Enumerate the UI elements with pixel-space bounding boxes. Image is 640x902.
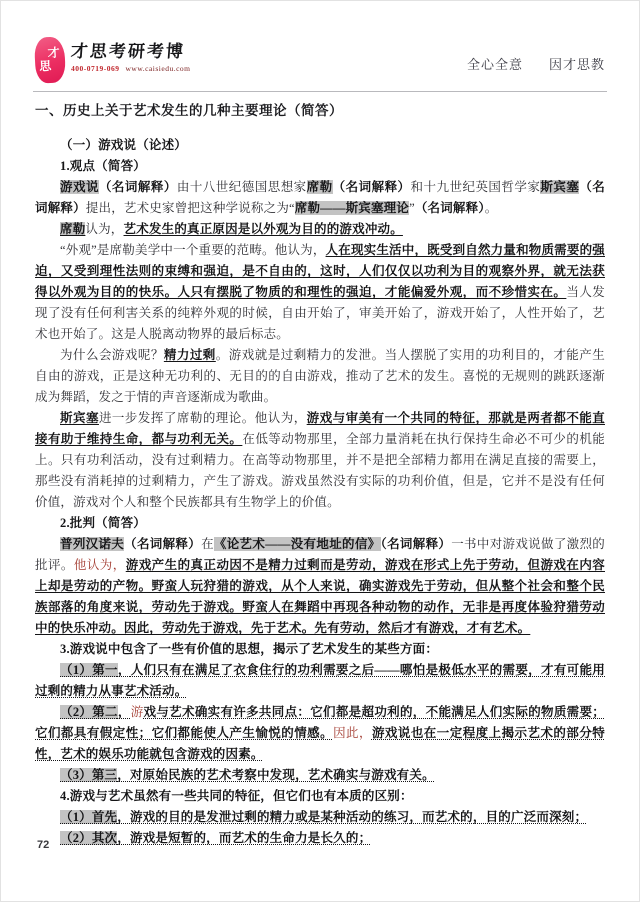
text-run: 艺术发生的真正原因是以外观为目的的游戏冲动。: [124, 222, 403, 236]
text-run: 认为，: [85, 222, 123, 236]
text-run: 为什么会游戏呢？: [60, 348, 164, 362]
text-run: 席勒——斯宾塞理论: [295, 201, 409, 215]
text-run: 游戏的目的是发泄过剩的精力或是某种活动的练习，而艺术的，目的广泛而深刻；: [130, 810, 587, 824]
text-run: 和十九世纪英国哲学家: [411, 180, 541, 194]
text-run: （名词解释）: [333, 180, 411, 194]
paragraph: 普列汉诺夫（名词解释）在《论艺术——没有地址的信》（名词解释）一书中对游戏说做了…: [35, 534, 605, 639]
header-divider: [33, 91, 607, 92]
brand-logo: 才 思 才思考研考博 400-0719-069www.caisiedu.com: [35, 37, 191, 83]
text-run: （1）第一: [60, 663, 118, 677]
text-run: 因此，: [333, 726, 372, 740]
paragraph: 2.批判（简答）: [35, 513, 605, 534]
text-run: （3）第三: [60, 768, 117, 782]
paragraph: （1）第一，人们只有在满足了衣食住行的功利需要之后——哪怕是极低水平的需要，才有…: [35, 660, 605, 702]
text-run: ，: [117, 810, 130, 824]
text-run: （1）首先: [60, 810, 117, 824]
text-run: 由十八世纪德国思想家: [177, 180, 307, 194]
text-run: 。: [485, 201, 498, 215]
header-slogan: 全心全意因才思教: [467, 54, 605, 83]
paragraph: 斯宾塞进一步发挥了席勒的理论。他认为，游戏与审美有一个共同的特征，那就是两者都不…: [35, 408, 605, 513]
text-run: 进一步发挥了席勒的理论。他认为，: [99, 411, 307, 425]
text-run: 普列汉诺夫: [60, 537, 124, 551]
brand-name: 才思考研考博: [70, 37, 191, 62]
paragraph: “外观”是席勒美学中一个重要的范畴。他认为，人在现实生活中，既受到自然力量和物质…: [35, 240, 605, 345]
paragraph: （一）游戏说（论述）: [35, 135, 605, 156]
text-run: （名词解释）: [381, 537, 452, 551]
text-run: ，: [118, 705, 131, 719]
text-run: 精力过剩: [164, 348, 216, 362]
caisi-seal-icon: 才 思: [34, 36, 66, 84]
slogan-right: 因才思教: [549, 57, 605, 72]
text-run: （名词解释）: [124, 537, 201, 551]
paragraph: 游戏说（名词解释）由十八世纪德国思想家席勒（名词解释）和十九世纪英国哲学家斯宾塞…: [35, 177, 605, 219]
paragraph: 4.游戏与艺术虽然有一些共同的特征，但它们也有本质的区别：: [35, 786, 605, 807]
text-run: （一）游戏说（论述）: [60, 138, 187, 152]
brand-website: www.caisiedu.com: [126, 64, 191, 73]
text-run: “外观”是席勒美学中一个重要的范畴。他认为，: [60, 243, 326, 257]
text-run: 《论艺术——没有地址的信》: [214, 537, 381, 551]
text-run: 游: [131, 705, 144, 719]
paragraph: （3）第三，对原始民族的艺术考察中发现，艺术确实与游戏有关。: [35, 765, 605, 786]
text-run: 1.观点（简答）: [60, 159, 146, 173]
text-run: 4.游戏与艺术虽然有一些共同的特征，但它们也有本质的区别：: [60, 789, 413, 803]
paragraph: 3.游戏说中包含了一些有价值的思想，揭示了艺术发生的某些方面：: [35, 639, 605, 660]
paragraph: 为什么会游戏呢？精力过剩。游戏就是过剩精力的发泄。当人摆脱了实用的功利目的，才能…: [35, 345, 605, 408]
paragraph: （2）第二，游戏与艺术确实有许多共同点：它们都是超功利的，不能满足人们实际的物质…: [35, 702, 605, 765]
text-run: 游戏说: [60, 180, 99, 194]
text-run: 斯宾塞: [60, 411, 99, 425]
text-run: （2）第二: [60, 705, 118, 719]
text-run: 斯宾塞: [540, 180, 579, 194]
seal-char-2: 思: [39, 60, 52, 74]
text-run: 提出，艺术史家曾把这种学说称之为“: [86, 201, 295, 215]
text-run: ，: [117, 768, 130, 782]
brand-contact: 400-0719-069www.caisiedu.com: [71, 64, 191, 73]
text-run: 游戏是短暂的，而艺术的生命力是长久的；: [130, 831, 371, 845]
document-title: 一、历史上关于艺术发生的几种主要理论（简答）: [35, 101, 605, 121]
paragraph: 1.观点（简答）: [35, 156, 605, 177]
text-run: （2）其次: [60, 831, 117, 845]
text-run: （名词解释）: [415, 201, 485, 215]
document-body: （一）游戏说（论述）1.观点（简答）游戏说（名词解释）由十八世纪德国思想家席勒（…: [1, 135, 639, 849]
text-run: （名词解释）: [99, 180, 177, 194]
text-run: 在: [201, 537, 214, 551]
text-run: 2.批判（简答）: [60, 516, 146, 530]
text-run: 席勒: [60, 222, 85, 236]
page-header: 才 思 才思考研考博 400-0719-069www.caisiedu.com …: [1, 1, 639, 83]
brand-text-block: 才思考研考博 400-0719-069www.caisiedu.com: [71, 37, 191, 73]
text-run: ，: [117, 831, 130, 845]
document-page: 才 思 才思考研考博 400-0719-069www.caisiedu.com …: [0, 0, 640, 902]
paragraph: （1）首先，游戏的目的是发泄过剩的精力或是某种活动的练习，而艺术的，目的广泛而深…: [35, 807, 605, 828]
paragraph: （2）其次，游戏是短暂的，而艺术的生命力是长久的；: [35, 828, 605, 849]
text-run: 3.游戏说中包含了一些有价值的思想，揭示了艺术发生的某些方面：: [60, 642, 438, 656]
text-run: ，: [118, 663, 131, 677]
text-run: 他认为，: [74, 558, 126, 572]
page-number: 72: [37, 839, 49, 851]
slogan-left: 全心全意: [467, 57, 523, 72]
text-run: 对原始民族的艺术考察中发现，艺术确实与游戏有关。: [130, 768, 435, 782]
brand-phone: 400-0719-069: [71, 64, 120, 73]
text-run: 席勒: [307, 180, 333, 194]
paragraph: 席勒认为，艺术发生的真正原因是以外观为目的的游戏冲动。: [35, 219, 605, 240]
